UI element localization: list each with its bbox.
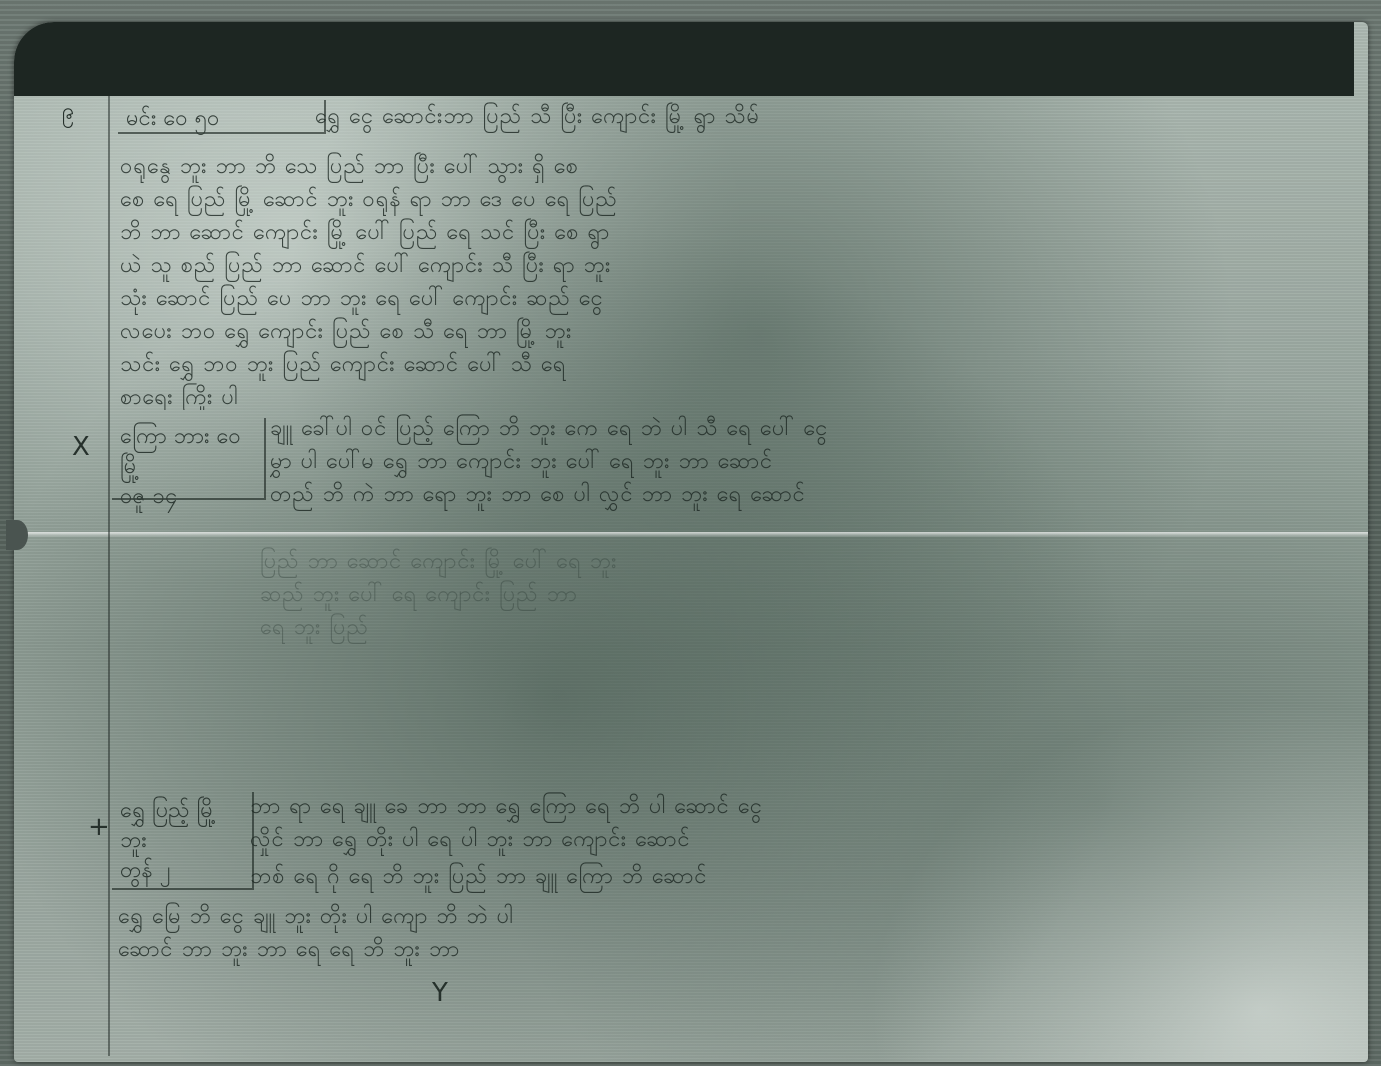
fold-notch <box>6 520 28 550</box>
text-line: တည် ဘိ ကဲ ဘာ ရော ဘူး ဘာ စေ ပါ လွှင် ဘာ ဘ… <box>270 478 1350 511</box>
text-line: ဘစ် ရေ ဂို ရေ ဘိ ဘူး ပြည် ဘာ ချူ ကြော ဘိ… <box>250 860 1360 893</box>
text-line: စာရေး ကြိုး ပါ <box>120 381 1350 410</box>
text-line: ဘာ ရာ ရေ ချူ ခေ ဘာ ဘာ ရွှေ ကြော ရေ ဘိ ပါ… <box>250 790 1360 823</box>
text-line: ချူ ခေါ်ပါ ဝင် ပြည့် ကြော ဘိ ဘူး ကေ ရေ ဘ… <box>270 412 1350 445</box>
text-line: မွှာ ပါ ပေါ်မ ရွှေ ဘာ ကျောင်း ဘူး ပေါ် ရ… <box>270 445 1350 478</box>
text-line: ပြည် ဘာ ဆောင် ကျောင်း မြို့ ပေါ် ရေ ဘူး <box>260 545 1160 578</box>
entry-2-label-line: တွန် ၂ <box>120 856 244 886</box>
left-margin-rule <box>108 96 110 1056</box>
text-line: သုံး ဆောင် ပြည် ပေ ဘာ ဘူး ရေ ပေါ် ကျောင်… <box>120 282 1350 315</box>
text-line: ရွှေ ငွေ ဆောင်းဘာ ပြည် သီ ပြီး ကျောင်း မ… <box>315 100 1350 133</box>
text-line: လပေး ဘဝ ရွှေ ကျောင်း ပြည် စေ သီ ရေ ဘာ မြ… <box>120 315 1350 348</box>
faded-bleedthrough-text: ပြည် ဘာ ဆောင် ကျောင်း မြို့ ပေါ် ရေ ဘူး … <box>260 545 1160 655</box>
dark-tape-band <box>14 22 1354 96</box>
entry-1-label-line: ကြော ဘား ဝေ မြို့ <box>120 422 256 482</box>
text-line: ရွှေ မြေ ဘိ ငွေ ချူ ဘူး တိုး ပါ ကျော ဘိ … <box>118 900 1358 933</box>
entry-1-text: ချူ ခေါ်ပါ ဝင် ပြည့် ကြော ဘိ ဘူး ကေ ရေ ဘ… <box>270 412 1350 512</box>
text-line: လှိုင် ဘာ ရွှေ တိုး ပါ ရေ ပါ ဘူး ဘာ ကျော… <box>250 823 1360 856</box>
text-line: သင်း ရွှေ ဘဝ ဘူး ပြည် ကျောင်း ဆောင် ပေါ်… <box>120 348 1350 381</box>
entry-2-text-mid: ဘစ် ရေ ဂို ရေ ဘိ ဘူး ပြည် ဘာ ချူ ကြော ဘိ… <box>250 860 1360 896</box>
text-line: ရေ ဘူး ပြည် <box>260 611 1160 644</box>
margin-mark-x: X <box>72 432 90 462</box>
entry-2-text-top: ဘာ ရာ ရေ ချူ ခေ ဘာ ဘာ ရွှေ ကြော ရေ ဘိ ပါ… <box>250 790 1360 860</box>
bottom-mark: Y <box>432 978 448 1008</box>
text-line: ဘိ ဘာ ဆောင် ကျောင်း မြို့ ပေါ် ပြည် ရေ သ… <box>120 216 1350 249</box>
entry-2-text-bottom: ရွှေ မြေ ဘိ ငွေ ချူ ဘူး တိုး ပါ ကျော ဘိ … <box>118 900 1358 980</box>
margin-mark-plus: + <box>88 812 110 842</box>
text-line: ဆောင် ဘာ ဘူး ဘာ ရေ ရေ ဘိ ဘူး ဘာ <box>118 933 1358 966</box>
text-line: ဝရုနွေ ဘူး ဘာ ဘိ သေ ပြည် ဘာ ပြီး ပေါ် သွ… <box>120 150 1350 183</box>
entry-1-label-line: ဝဇူ ၁၄ <box>120 482 256 512</box>
entry-2-label-box: ရွှေ ပြည့် မြို့ ဘူး တွန် ၂ <box>112 792 254 890</box>
page-marker: ၉ <box>62 96 74 129</box>
text-line: စေ ရေ ပြည် မြို့ ဆောင် ဘူး ဝရုန် ရာ ဘာ ဒ… <box>120 183 1350 216</box>
top-text-block-body: ဝရုနွေ ဘူး ဘာ ဘိ သေ ပြည် ဘာ ပြီး ပေါ် သွ… <box>120 150 1350 410</box>
text-line: ယဲ သူ စည် ပြည် ဘာ ဆောင် ပေါ် ကျောင်း သီ … <box>120 249 1350 282</box>
entry-2-label-line: ရွှေ ပြည့် မြို့ ဘူး <box>120 796 244 856</box>
entry-1-label-box: ကြော ဘား ဝေ မြို့ ဝဇူ ၁၄ <box>112 418 266 500</box>
text-line: ဆည် ဘူး ပေါ် ရေ ကျောင်း ပြည် ဘာ <box>260 578 1160 611</box>
fold-crease <box>14 532 1368 537</box>
